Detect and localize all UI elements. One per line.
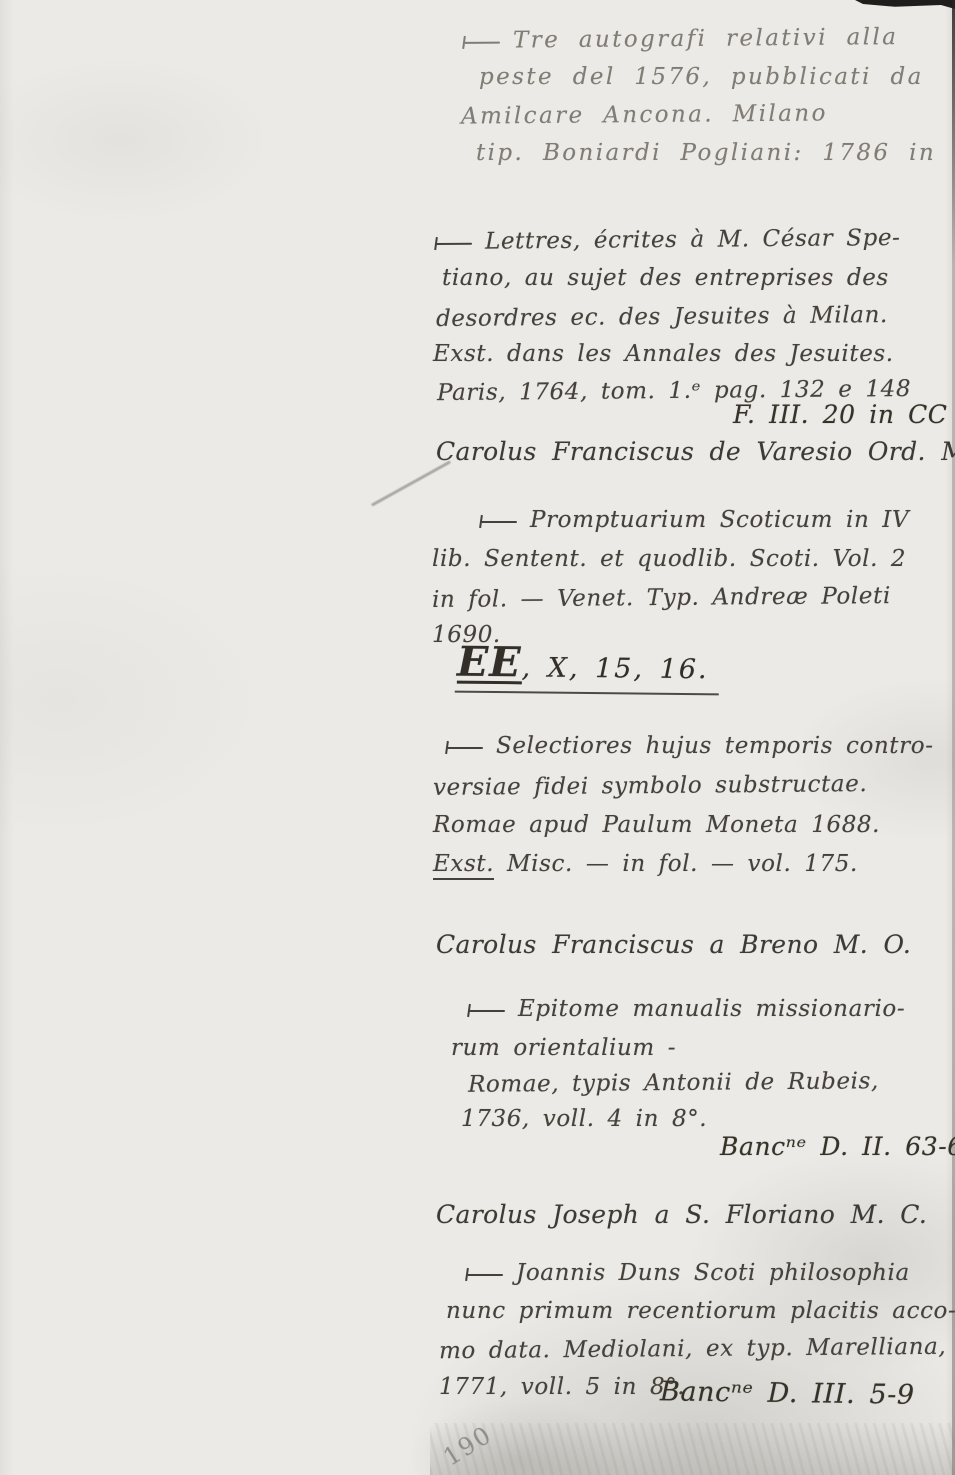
shelfmark-big-letters: EE: [457, 645, 522, 685]
entry-line: tiano, au sujet des entreprises des: [442, 265, 889, 291]
entry-text: Misc. — in fol. — vol. 175.: [494, 851, 858, 877]
entry-line: Exst. dans les Annales des Jesuites.: [433, 341, 894, 367]
entry-line: Joannis Duns Scoti philosophia: [467, 1260, 910, 1286]
shelfmark-rest: , X, 15, 16.: [521, 652, 708, 685]
shelfmark: Bancⁿᵉ D. III. 5-9: [660, 1376, 915, 1411]
entry-line: tip. Boniardi Pogliani: 1786 in 8°: [476, 140, 955, 166]
entry-line: Tre autografi relativi alla: [464, 24, 899, 54]
manuscript-page: 190 Tre autografi relativi alla peste de…: [0, 0, 955, 1475]
entry-line: Promptuarium Scoticum in IV: [481, 507, 909, 533]
author-heading: Carolus Franciscus a Breno M. O.: [436, 930, 911, 959]
scan-corner-mark: [855, 0, 955, 9]
author-heading: Carolus Franciscus de Varesio Ord. Min.: [436, 437, 955, 466]
entry-line: peste del 1576, pubblicati da: [479, 64, 924, 90]
entry-text: Lettres, écrites à M. César Spe-: [485, 225, 901, 255]
shelfmark: F. III. 20 in CC: [733, 400, 948, 429]
entry-line: 1736, voll. 4 in 8°.: [461, 1106, 707, 1132]
shelfmark-line: EE, X, 15, 16.: [455, 646, 719, 694]
entry-line: Amilcare Ancona. Milano: [461, 100, 828, 129]
author-heading: Carolus Joseph a S. Floriano M. C.: [436, 1200, 927, 1229]
pencil-page-number: 190: [439, 1420, 498, 1471]
entry-line: versiae fidei symbolo substructae.: [433, 771, 868, 801]
exst-underlined: Exst.: [433, 851, 494, 880]
entry-line: rum orientalium -: [451, 1035, 676, 1061]
entry-text: Promptuarium Scoticum in IV: [530, 507, 909, 533]
entry-line: Exst. Misc. — in fol. — vol. 175.: [433, 851, 858, 877]
entry-dash-icon: [464, 34, 500, 49]
entry-line: 1771, voll. 5 in 8°.: [439, 1374, 685, 1400]
entry-line: in fol. — Venet. Typ. Andreæ Poleti: [432, 583, 891, 613]
entry-dash-icon: [436, 235, 472, 250]
pencil-stroke-mark: [371, 460, 451, 506]
entry-line: Lettres, écrites à M. César Spe-: [436, 225, 901, 255]
shelfmark: Bancⁿᵉ D. II. 63-66: [720, 1132, 955, 1161]
entry-line: Romae apud Paulum Moneta 1688.: [433, 812, 880, 838]
shelfmark-underline: EE, X, 15, 16.: [455, 645, 719, 696]
entry-dash-icon: [467, 1266, 503, 1281]
entry-dash-icon: [447, 739, 483, 754]
entry-text: Selectiores hujus temporis contro-: [496, 733, 934, 759]
entry-line: Romae, typis Antonii de Rubeis,: [468, 1068, 879, 1098]
entry-dash-icon: [469, 1002, 505, 1017]
entry-text: Epitome manualis missionario-: [518, 996, 905, 1022]
entry-line: desordres ec. des Jesuites à Milan.: [436, 302, 888, 332]
scan-bottom-texture: [430, 1423, 955, 1475]
entry-text: Joannis Duns Scoti philosophia: [516, 1260, 910, 1286]
entry-line: lib. Sentent. et quodlib. Scoti. Vol. 2: [432, 546, 906, 572]
entry-line: Epitome manualis missionario-: [469, 996, 905, 1022]
entry-dash-icon: [481, 513, 517, 528]
entry-text: Tre autografi relativi alla: [513, 24, 899, 53]
entry-line: nunc primum recentiorum placitis acco-: [446, 1298, 955, 1324]
entry-line: Selectiores hujus temporis contro-: [447, 733, 934, 759]
entry-line: mo data. Mediolani, ex typ. Marelliana,: [439, 1334, 947, 1364]
